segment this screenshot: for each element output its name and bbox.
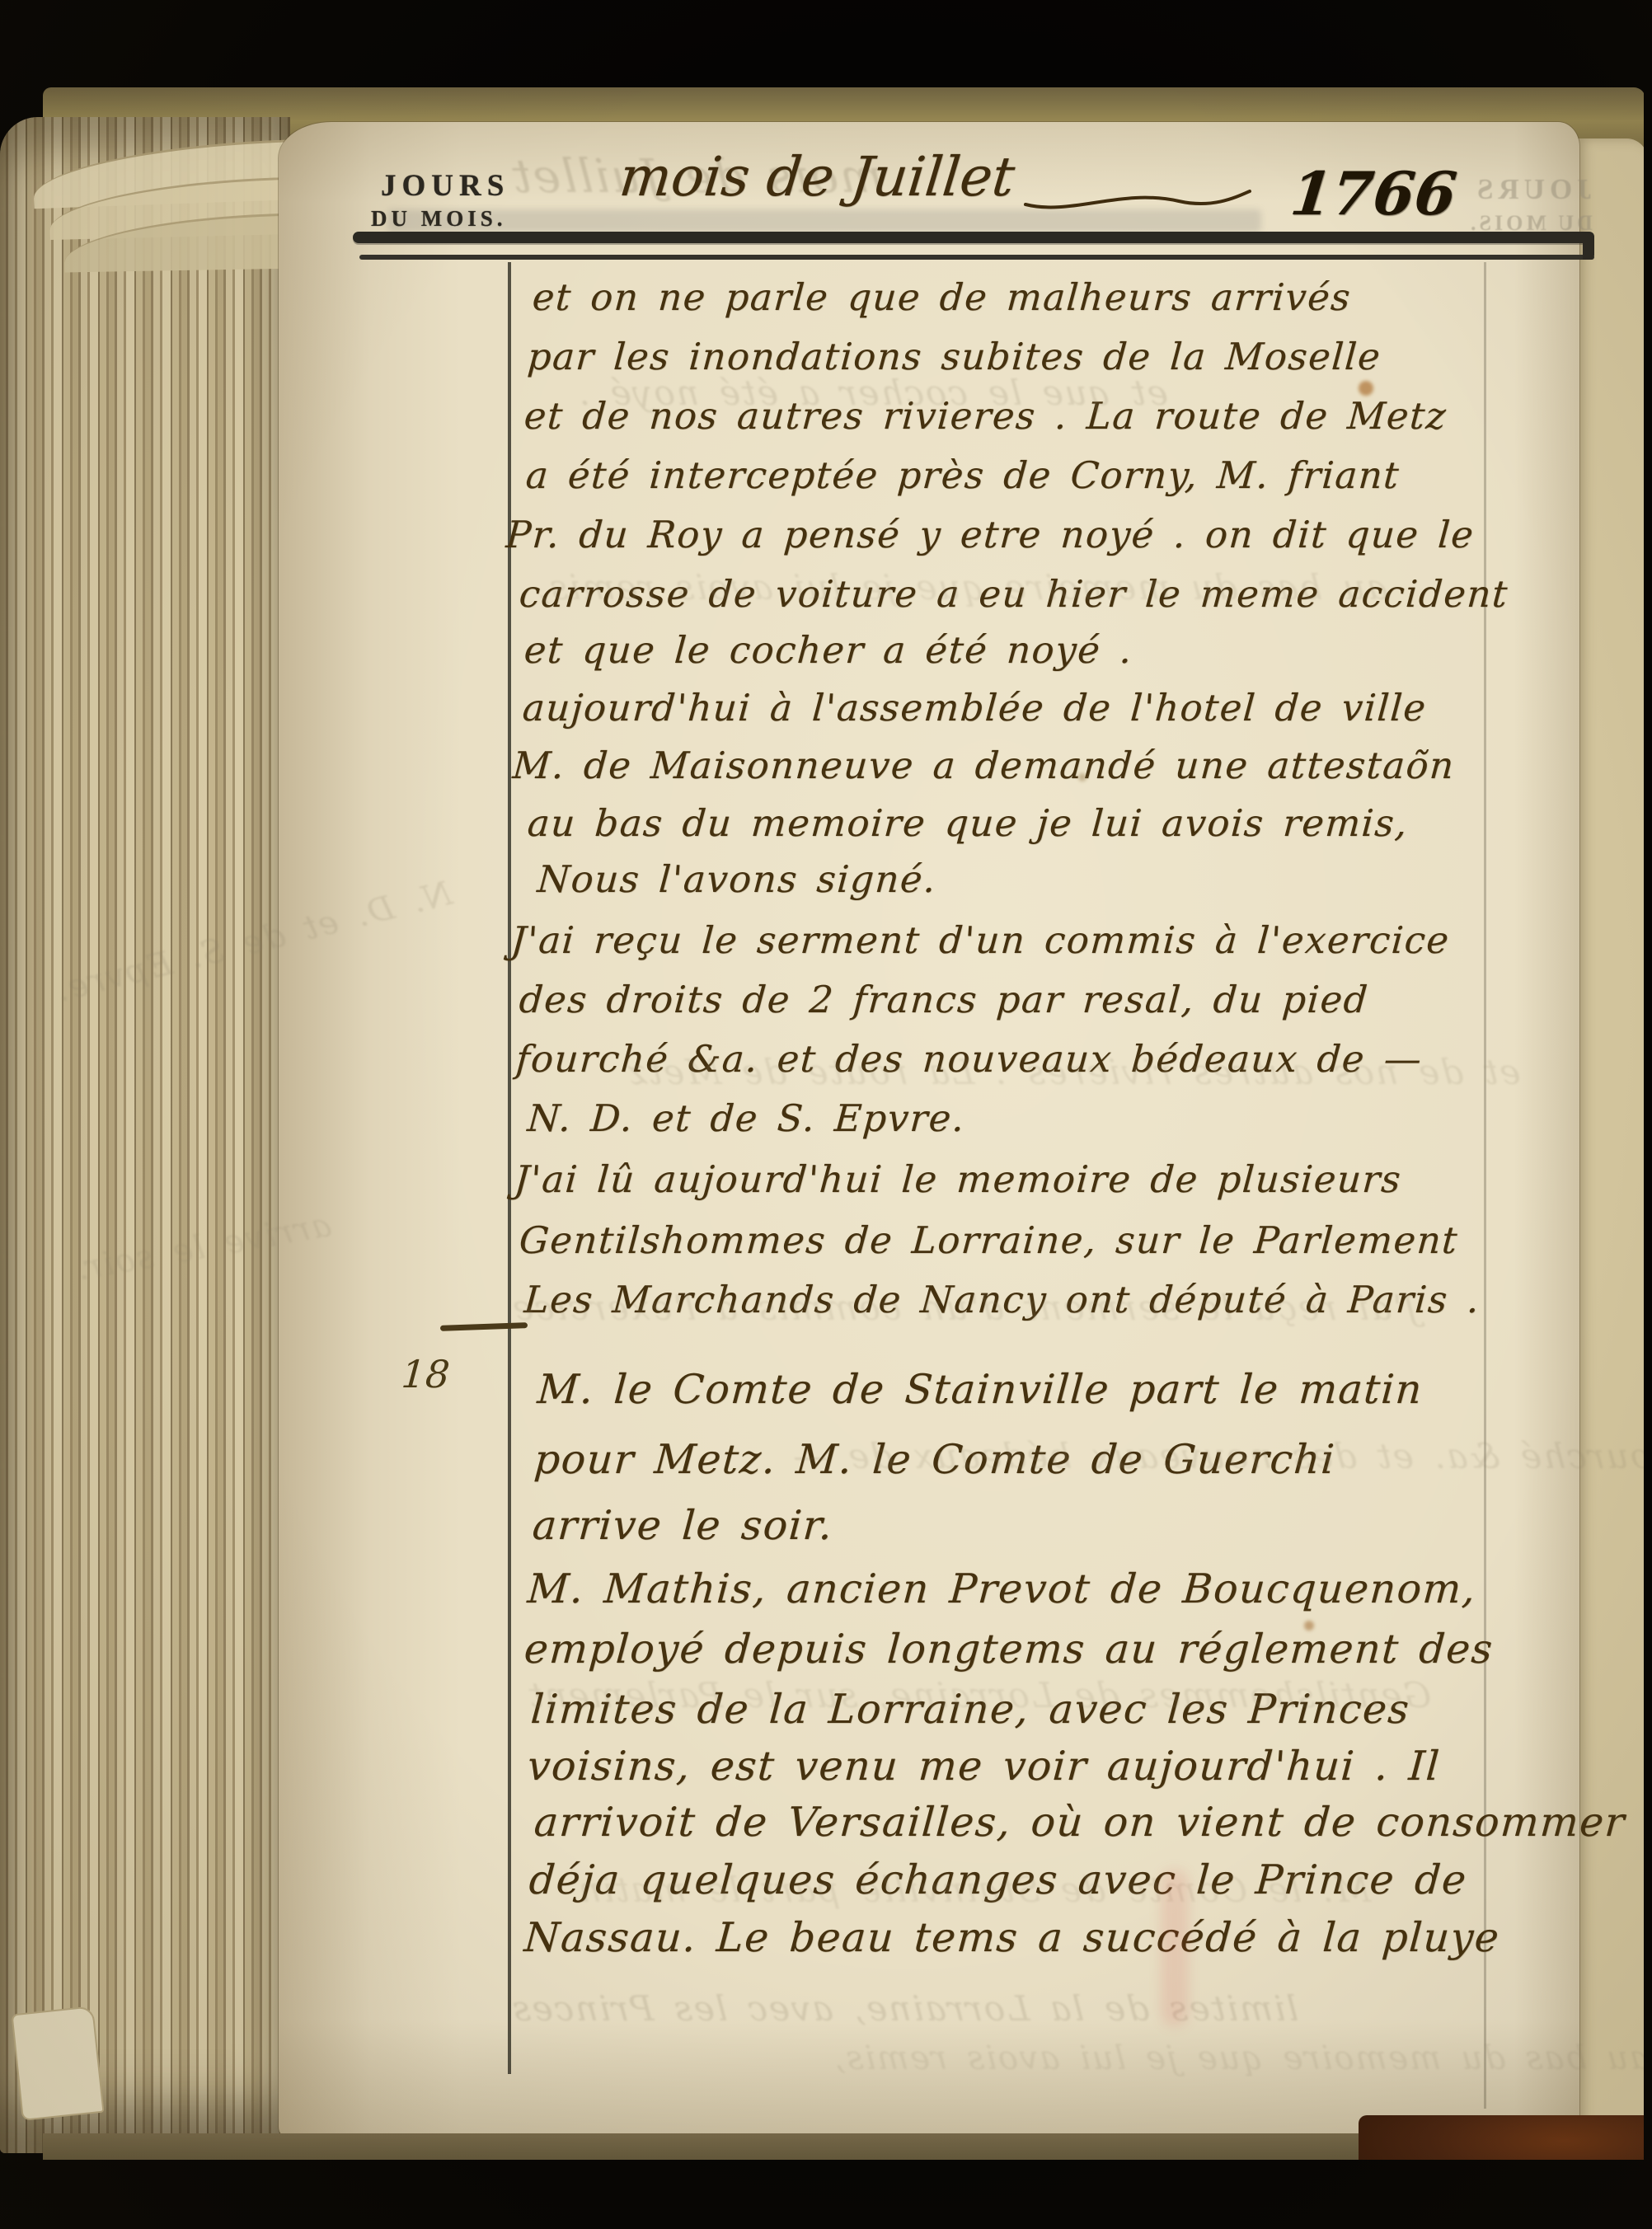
- day-number: 18: [400, 1352, 451, 1396]
- bleed-through-text: et de nos autres rivieres . La route de …: [625, 1052, 1521, 1092]
- bleed-through-days-label-line1: JOURS: [1472, 173, 1592, 206]
- red-ink-bleed: [1161, 1870, 1189, 2026]
- year: 1766: [1288, 158, 1460, 228]
- journal-line: Nassau. Le beau tems a succédé à la pluy…: [523, 1914, 1501, 1961]
- journal-line: J'ai lû aujourd'hui le memoire de plusie…: [513, 1157, 1403, 1201]
- journal-line: employé depuis longtems au réglement des: [523, 1626, 1495, 1673]
- journal-line: M. le Comte de Stainville part le matin: [536, 1366, 1424, 1413]
- foxing-spot: [1078, 773, 1086, 781]
- foxing-spot: [1359, 381, 1373, 396]
- background-right: [1644, 0, 1652, 2229]
- bleed-through-text: fourché &a. et des nouveaux bédeaux de —: [790, 1436, 1652, 1476]
- journal-line: a été interceptée près de Corny, M. fria…: [524, 453, 1401, 497]
- journal-line: N. D. et de S. Epvre.: [526, 1096, 967, 1140]
- flourish-stroke: [1022, 183, 1253, 221]
- journal-line: aujourd'hui à l'assemblée de l'hotel de …: [521, 686, 1428, 730]
- bleed-through-text: Gentilshommes de Lorraine, sur le Parlem…: [526, 1675, 1432, 1715]
- journal-line: des droits de 2 francs par resal, du pie…: [518, 978, 1370, 1021]
- journal-line: Pr. du Roy a pensé y etre noyé . on dit …: [505, 513, 1476, 556]
- bleed-through-text: J'ai reçu le serment d'un commis à l'exe…: [509, 1288, 1419, 1328]
- journal-line: J'ai reçu le serment d'un commis à l'exe…: [509, 918, 1451, 962]
- bleed-through-text: au bas du memoire que je lui avois remis…: [534, 567, 1389, 608]
- header-rule-thin: [359, 255, 1594, 260]
- journal-line: Nous l'avons signé.: [536, 857, 938, 901]
- background-bottom: [0, 2160, 1652, 2229]
- folded-page-corner: [11, 2006, 104, 2121]
- journal-line: M. Mathis, ancien Prevot de Boucquenom,: [526, 1565, 1478, 1612]
- header-rule-bracket: [1583, 232, 1594, 260]
- background-top: [0, 0, 1652, 89]
- month-title: mois de Juillet: [617, 145, 1018, 209]
- days-column-label-line2: DU MOIS.: [371, 206, 507, 232]
- bleed-through-text: et que le cocher a été noyé .: [575, 373, 1169, 413]
- bleed-through-text: M. le Comte de Stainville part le matin: [575, 1870, 1372, 1910]
- header-rule-thick: [353, 232, 1589, 243]
- journal-line: arrivoit de Versailles, où on vient de c…: [533, 1799, 1627, 1846]
- foxing-spot: [1304, 1621, 1314, 1631]
- book-fore-edge-stack: [0, 117, 290, 2153]
- journal-line: au bas du memoire que je lui avois remis…: [526, 801, 1410, 845]
- journal-line: M. de Maisonneuve a demandé une attestaõ…: [511, 744, 1456, 787]
- journal-line: arrive le soir.: [531, 1502, 835, 1549]
- journal-line: et on ne parle que de malheurs arrivés: [531, 275, 1353, 319]
- days-column-label-line1: JOURS: [381, 168, 509, 204]
- journal-line: Gentilshommes de Lorraine, sur le Parlem…: [518, 1218, 1460, 1262]
- journal-line: et que le cocher a été noyé .: [523, 628, 1134, 672]
- bleed-through-text: au bas du memoire que je lui avois remis…: [831, 2039, 1650, 2077]
- journal-line: voisins, est venu me voir aujourd'hui . …: [526, 1743, 1442, 1790]
